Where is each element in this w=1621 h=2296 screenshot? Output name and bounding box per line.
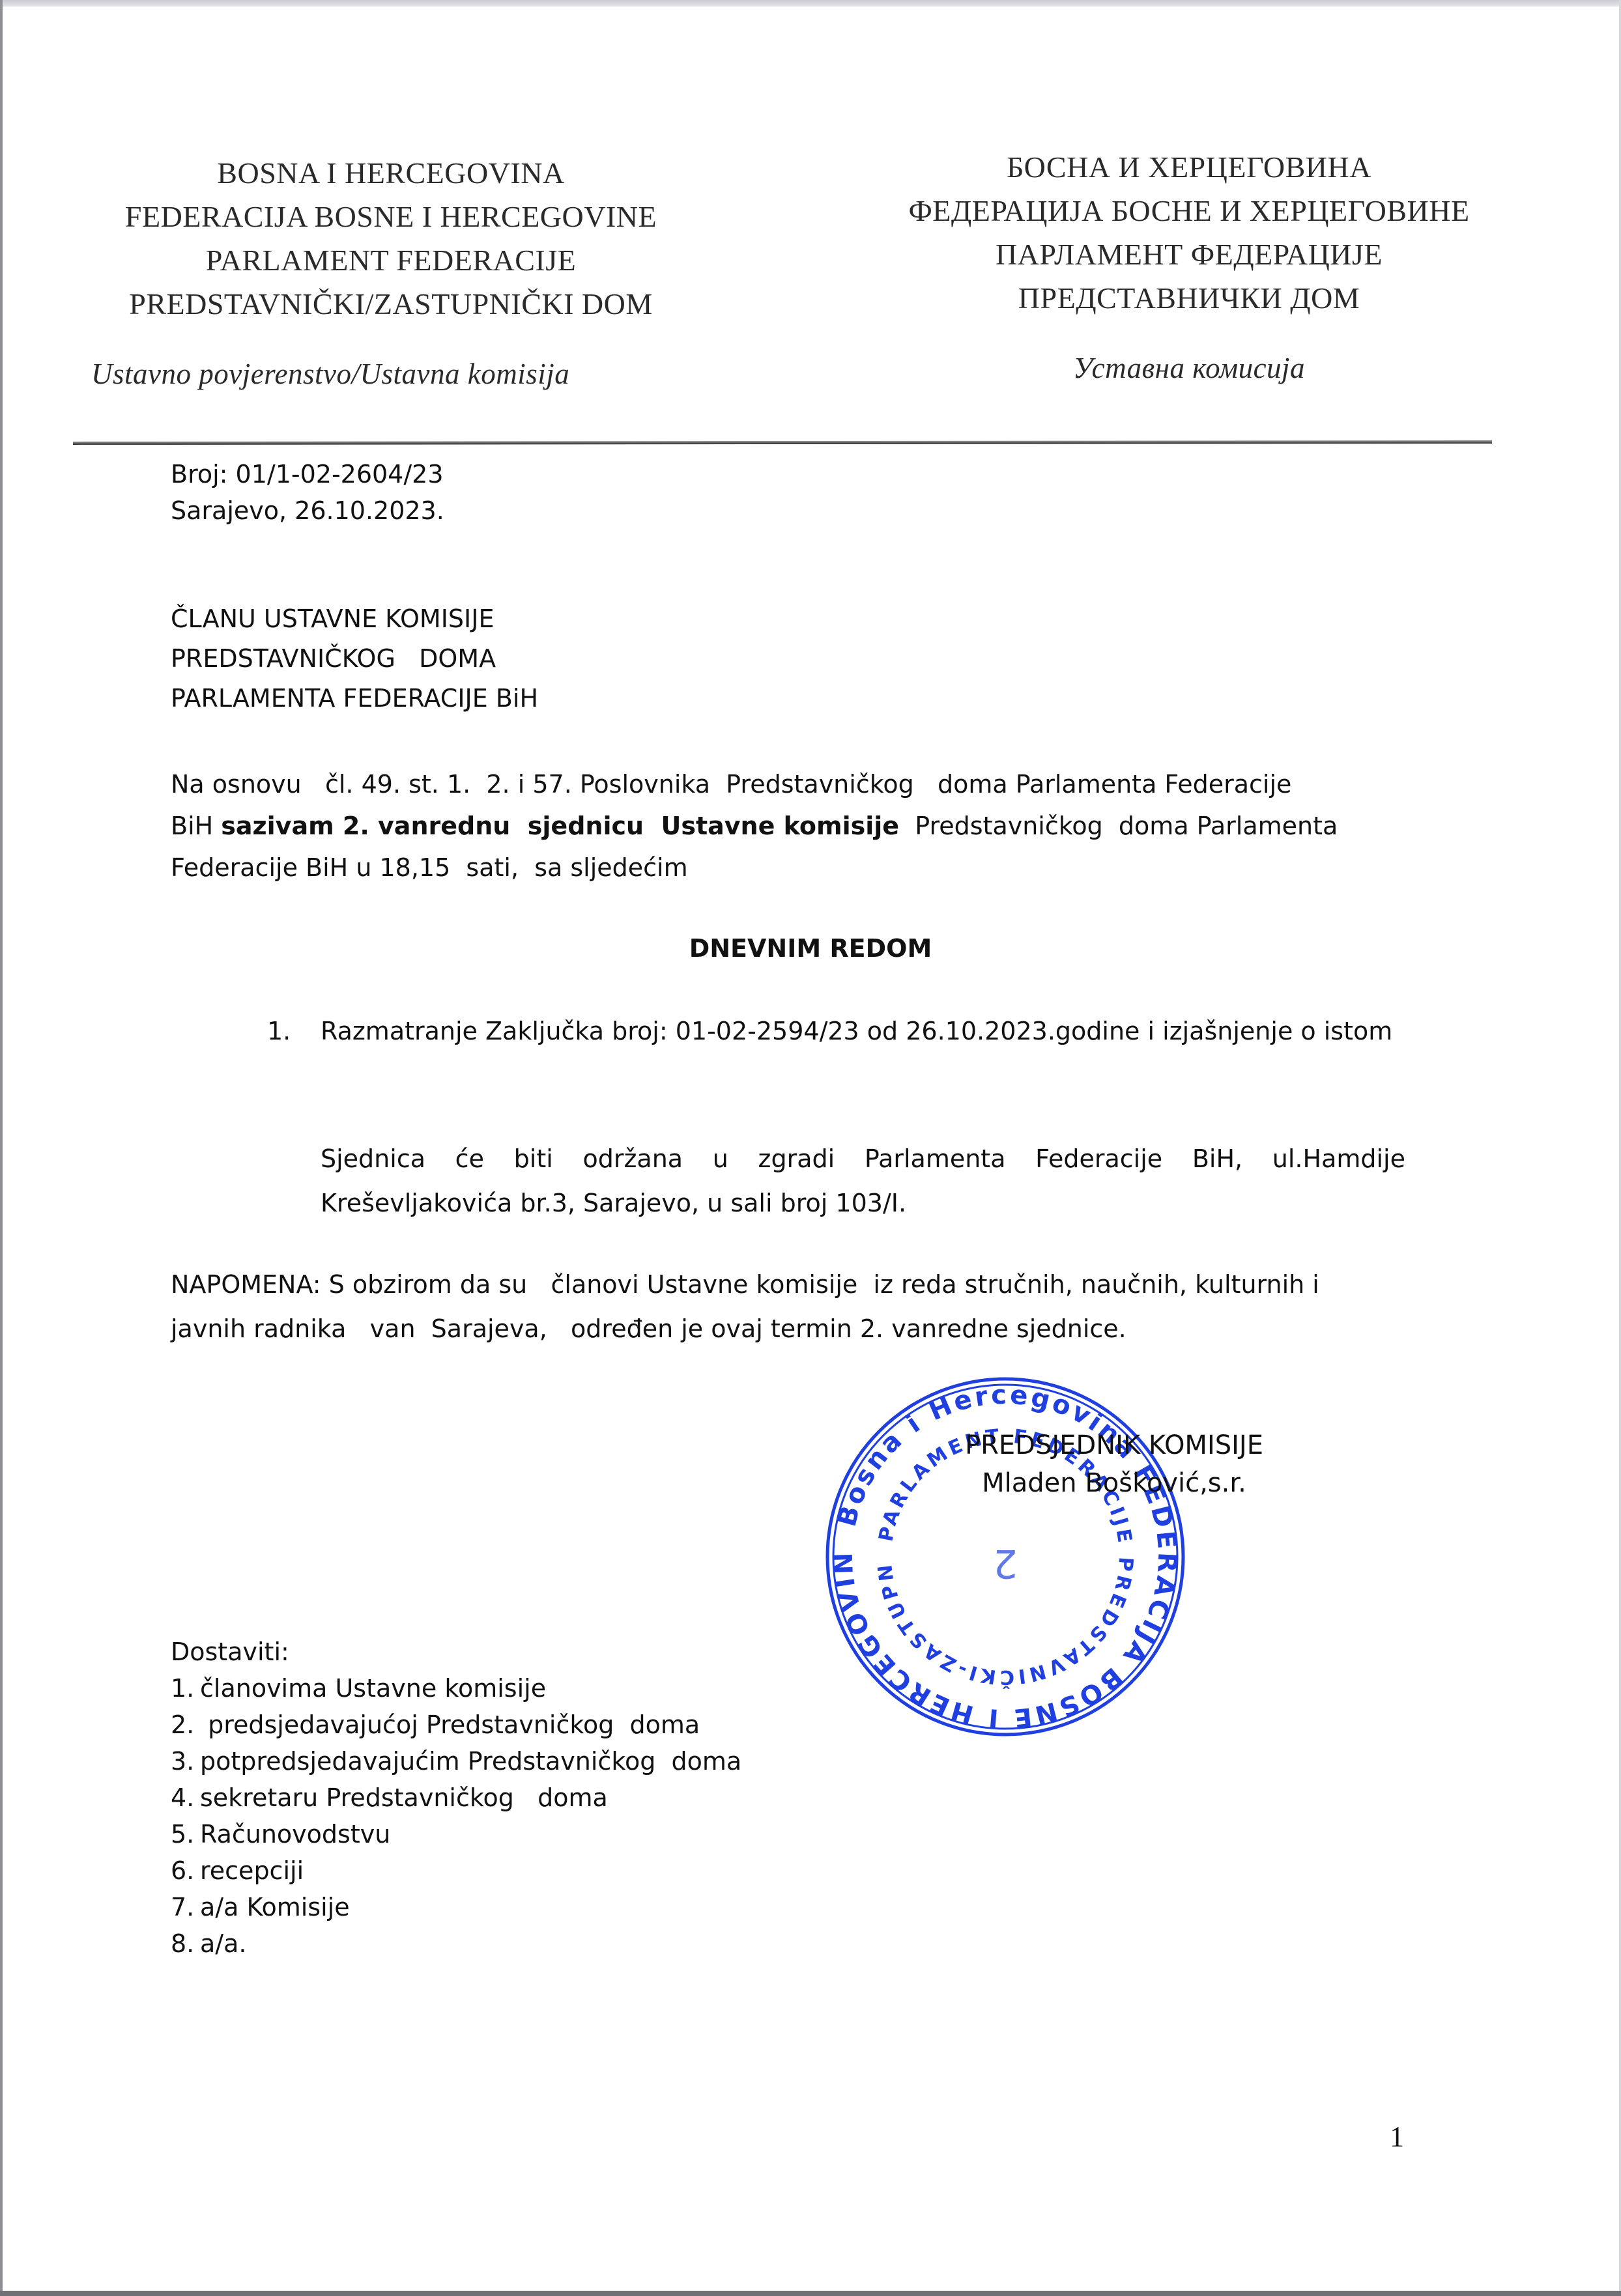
signatory-name: Mladen Bošković,s.r. [932, 1464, 1297, 1502]
intro-paragraph: Na osnovu čl. 49. st. 1. 2. i 57. Poslov… [171, 763, 1409, 888]
meeting-location: Sjednica će biti održana u zgradi Parlam… [321, 1137, 1405, 1225]
place-date: Sarajevo, 26.10.2023. [171, 492, 444, 529]
list-item-text: recepciji [200, 1852, 304, 1889]
intro-line: Federacije BiH u 18,15 sati, sa sljedeći… [171, 847, 1409, 888]
list-item-text: a/a Komisije [200, 1889, 350, 1925]
committee-name-cyrillic: Уставна комисија [840, 351, 1538, 385]
letterhead-line: ПАРЛАМЕНТ ФЕДЕРАЦИЈЕ [840, 233, 1538, 276]
note-paragraph: NAPOMENA: S obzirom da su članovi Ustavn… [171, 1262, 1409, 1351]
list-item-text: članovima Ustavne komisije [200, 1670, 546, 1707]
intro-line: Na osnovu čl. 49. st. 1. 2. i 57. Poslov… [171, 763, 1409, 805]
page-number: 1 [1390, 2120, 1404, 2153]
addressee-line: PREDSTAVNIČKOG DOMA [171, 639, 538, 679]
addressee-line: ČLANU USTAVNE KOMISIJE [171, 599, 538, 639]
intro-text: Predstavničkog doma Parlamenta [899, 812, 1338, 840]
list-item-text: predsjedavajućoj Predstavničkog doma [200, 1707, 700, 1743]
list-item-number: 6. [171, 1852, 194, 1889]
letterhead-cyrillic: БОСНА И ХЕРЦЕГОВИНА ФЕДЕРАЦИЈА БОСНЕ И Х… [840, 145, 1538, 385]
note-line: javnih radnika van Sarajeva, određen je … [171, 1307, 1409, 1351]
list-item-text: Računovodstvu [200, 1816, 390, 1852]
stamp-center-number: 2 [993, 1540, 1018, 1586]
signature-block: PREDSJEDNIK KOMISIJE Mladen Bošković,s.r… [932, 1426, 1297, 1502]
committee-name-latin: Ustavno povjerenstvo/Ustavna komisija [62, 357, 720, 391]
scan-edge-top [0, 0, 1621, 7]
intro-line: BiH sazivam 2. vanrednu sjednicu Ustavne… [171, 805, 1409, 847]
list-item-number: 1. [171, 1670, 194, 1707]
letterhead-latin: BOSNA I HERCEGOVINA FEDERACIJA BOSNE I H… [62, 151, 720, 391]
addressee-block: ČLANU USTAVNE KOMISIJE PREDSTAVNIČKOG DO… [171, 599, 538, 718]
location-line: Kreševljakovića br.3, Sarajevo, u sali b… [321, 1189, 906, 1217]
agenda-title: DNEVNIM REDOM [0, 930, 1621, 967]
agenda-item-number: 1. [267, 1010, 291, 1053]
letterhead-line: PREDSTAVNIČKI/ZASTUPNIČKI DOM [62, 282, 720, 326]
letterhead-line: ФЕДЕРАЦИЈА БОСНЕ И ХЕРЦЕГОВИНЕ [840, 189, 1538, 233]
list-item-text: potpredsjedavajućim Predstavničkog doma [200, 1743, 741, 1779]
list-item-text: a/a. [200, 1925, 246, 1962]
list-item-number: 5. [171, 1816, 194, 1852]
distribution-title: Dostaviti: [171, 1634, 289, 1670]
reference-number: Broj: 01/1-02-2604/23 [171, 456, 444, 492]
intro-text: BiH [171, 812, 221, 840]
header-divider [73, 440, 1492, 445]
note-line: NAPOMENA: S obzirom da su članovi Ustavn… [171, 1262, 1409, 1307]
list-item-number: 2. [171, 1707, 194, 1743]
list-item-number: 3. [171, 1743, 194, 1779]
letterhead-line: BOSNA I HERCEGOVINA [62, 151, 720, 195]
list-item-number: 8. [171, 1925, 194, 1962]
letterhead-line: PARLAMENT FEDERACIJE [62, 238, 720, 282]
list-item-text: sekretaru Predstavničkog doma [200, 1779, 608, 1816]
letterhead-line: БОСНА И ХЕРЦЕГОВИНА [840, 145, 1538, 189]
addressee-line: PARLAMENTA FEDERACIJE BiH [171, 679, 538, 718]
signatory-title: PREDSJEDNIK KOMISIJE [932, 1426, 1297, 1464]
scan-edge-left [0, 0, 3, 2296]
convocation-emphasis: sazivam 2. vanrednu sjednicu Ustavne kom… [221, 812, 899, 840]
reference-block: Broj: 01/1-02-2604/23 Sarajevo, 26.10.20… [171, 456, 444, 529]
agenda-item-text: Razmatranje Zaključka broj: 01-02-2594/2… [321, 1010, 1409, 1053]
list-item-number: 7. [171, 1889, 194, 1925]
scan-edge-bottom [0, 2291, 1621, 2296]
letterhead-line: ПРЕДСТАВНИЧКИ ДОМ [840, 276, 1538, 320]
list-item-number: 4. [171, 1779, 194, 1816]
letterhead-line: FEDERACIJA BOSNE I HERCEGOVINE [62, 195, 720, 238]
location-line: Sjednica će biti održana u zgradi Parlam… [321, 1137, 1405, 1181]
